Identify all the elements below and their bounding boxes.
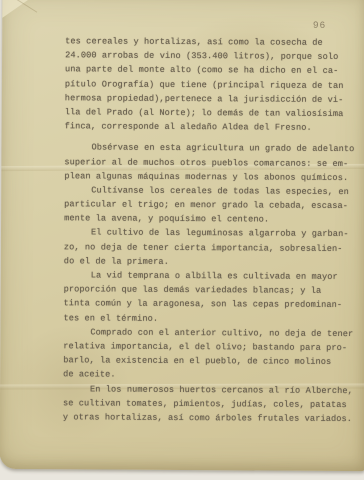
- scanned-page-viewport: 96 tes cereales y hortalizas, así como l…: [0, 0, 364, 480]
- text-line: zo, no deja de tener cierta importancia,…: [64, 240, 340, 256]
- text-line: plean algunas máquinas modernas y los ab…: [64, 169, 340, 185]
- typewritten-text-block: tes cereales y hortalizas, así como la c…: [63, 34, 341, 426]
- page-number: 96: [313, 20, 326, 31]
- text-line: tinta común y la aragonesa, son las cepa…: [64, 297, 340, 313]
- text-line: Comprado con el anterior cultivo, no dej…: [63, 325, 339, 341]
- text-line: y otras hortalizas, así como árboles fru…: [63, 410, 339, 426]
- text-line: tes en el término.: [63, 311, 339, 327]
- text-line: hermosa propiedad),pertenece a la jurisd…: [65, 91, 341, 107]
- text-line: una parte del monte alto (como se ha dic…: [65, 63, 341, 79]
- text-line: superior al de muchos otros pueblos coma…: [64, 155, 340, 171]
- text-line: de aceite.: [63, 368, 339, 384]
- text-line: se cultivan tomates, pimientos, judías, …: [63, 396, 339, 412]
- text-line: pítulo Orografía) que tiene (principal r…: [65, 77, 341, 93]
- text-line: El cultivo de las leguminosas algarroba …: [64, 226, 340, 242]
- text-line: finca, corresponde al aledaño Aldea del …: [65, 119, 341, 135]
- paper-sheet: 96 tes cereales y hortalizas, así como l…: [0, 0, 364, 471]
- text-line: Obsérvase en esta agricultura un grado d…: [64, 141, 340, 157]
- text-line: En los numerosos huertos cercanos al río…: [63, 382, 339, 398]
